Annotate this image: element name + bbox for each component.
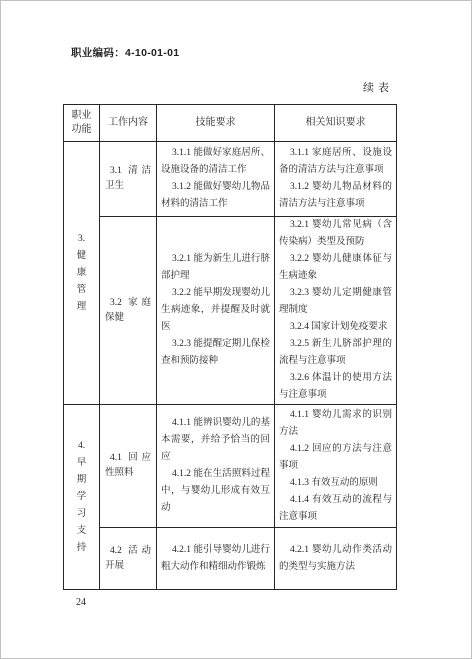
- table-row: 4. 早期学习支持 4.1 回应性照料 4.1.1 能辨识婴幼儿的基本需要，并给…: [64, 405, 397, 528]
- header-function: 职业功能: [64, 105, 100, 142]
- knowledge-item: 3.2.5 新生儿脐部护理的流程与注意事项: [275, 336, 396, 370]
- work-cell: 4.2 活动开展: [100, 528, 157, 590]
- knowledge-item: 3.1.2 婴幼儿物品材料的清洁方法与注意事项: [275, 179, 396, 213]
- work-cell: 3.2 家庭保健: [100, 217, 157, 405]
- work-cell: 4.1 回应性照料: [100, 405, 157, 528]
- function-cell-health-management: 3. 健康管理: [64, 142, 100, 405]
- skill-item: 4.1.1 能辨识婴幼儿的基本需要，并给予恰当的回应: [157, 415, 274, 466]
- knowledge-item: 4.1.4 有效互动的流程与注意事项: [275, 492, 396, 526]
- work-label: 4.2 活动开展: [100, 544, 156, 574]
- knowledge-item: 3.2.6 体温计的使用方法与注意事项: [275, 370, 396, 404]
- standards-table: 职业功能 工作内容 技能要求 相关知识要求 3. 健康管理 3.1 清洁卫生 3…: [63, 104, 397, 590]
- function-label: 3. 健康管理: [75, 231, 88, 316]
- knowledge-item: 3.2.1 婴幼儿常见病（含传染病）类型及预防: [275, 217, 396, 251]
- skill-item: 3.2.2 能早期发现婴幼儿生病迹象，并提醒及时就医: [157, 285, 274, 336]
- table-row: 4.2 活动开展 4.2.1 能引导婴幼儿进行粗大动作和精细动作锻炼 4.2.1…: [64, 528, 397, 590]
- skill-item: 3.2.1 能为新生儿进行脐部护理: [157, 251, 274, 285]
- skill-item: 3.1.1 能做好家庭居所、设施设备的清洁工作: [157, 145, 274, 179]
- function-cell-early-learning-support: 4. 早期学习支持: [64, 405, 100, 590]
- knowledge-cell: 4.1.1 婴幼儿需求的识别方法 4.1.2 回应的方法与注意事项 4.1.3 …: [275, 405, 397, 528]
- work-label: 3.1 清洁卫生: [100, 164, 156, 194]
- skill-cell: 3.1.1 能做好家庭居所、设施设备的清洁工作 3.1.2 能做好婴幼儿物品材料…: [157, 142, 275, 217]
- function-label: 4. 早期学习支持: [75, 438, 88, 557]
- work-label: 4.1 回应性照料: [100, 451, 156, 481]
- occupation-code: 职业编码：4-10-01-01: [71, 45, 179, 60]
- table-row: 3.2 家庭保健 3.2.1 能为新生儿进行脐部护理 3.2.2 能早期发现婴幼…: [64, 217, 397, 405]
- knowledge-item: 3.2.3 婴幼儿定期健康管理制度: [275, 285, 396, 319]
- knowledge-item: 4.1.3 有效互动的原则: [275, 475, 396, 492]
- skill-cell: 3.2.1 能为新生儿进行脐部护理 3.2.2 能早期发现婴幼儿生病迹象，并提醒…: [157, 217, 275, 405]
- knowledge-item: 4.1.2 回应的方法与注意事项: [275, 441, 396, 475]
- page: 职业编码：4-10-01-01 续表 职业功能 工作内容 技能要求 相关知识要求…: [0, 0, 472, 659]
- continued-table-label: 续表: [63, 79, 393, 95]
- header-knowledge: 相关知识要求: [275, 105, 397, 142]
- knowledge-item: 4.2.1 婴幼儿动作类活动的类型与实施方法: [275, 542, 396, 576]
- knowledge-item: 3.1.1 家庭居所、设施设备的清洁方法与注意事项: [275, 145, 396, 179]
- skill-item: 3.1.2 能做好婴幼儿物品材料的清洁工作: [157, 179, 274, 213]
- header-work: 工作内容: [100, 105, 157, 142]
- header-skill: 技能要求: [157, 105, 275, 142]
- work-cell: 3.1 清洁卫生: [100, 142, 157, 217]
- skill-cell: 4.2.1 能引导婴幼儿进行粗大动作和精细动作锻炼: [157, 528, 275, 590]
- knowledge-cell: 4.2.1 婴幼儿动作类活动的类型与实施方法: [275, 528, 397, 590]
- skill-item: 4.1.2 能在生活照料过程中，与婴幼儿形成有效互动: [157, 466, 274, 517]
- knowledge-cell: 3.2.1 婴幼儿常见病（含传染病）类型及预防 3.2.2 婴幼儿健康体征与生病…: [275, 217, 397, 405]
- skill-cell: 4.1.1 能辨识婴幼儿的基本需要，并给予恰当的回应 4.1.2 能在生活照料过…: [157, 405, 275, 528]
- knowledge-item: 4.1.1 婴幼儿需求的识别方法: [275, 407, 396, 441]
- work-label: 3.2 家庭保健: [100, 296, 156, 326]
- page-number: 24: [76, 597, 86, 608]
- table-header-row: 职业功能 工作内容 技能要求 相关知识要求: [64, 105, 397, 142]
- knowledge-item: 3.2.2 婴幼儿健康体征与生病迹象: [275, 251, 396, 285]
- table-row: 3. 健康管理 3.1 清洁卫生 3.1.1 能做好家庭居所、设施设备的清洁工作…: [64, 142, 397, 217]
- knowledge-cell: 3.1.1 家庭居所、设施设备的清洁方法与注意事项 3.1.2 婴幼儿物品材料的…: [275, 142, 397, 217]
- skill-item: 4.2.1 能引导婴幼儿进行粗大动作和精细动作锻炼: [157, 542, 274, 576]
- knowledge-item: 3.2.4 国家计划免疫要求: [275, 319, 396, 336]
- skill-item: 3.2.3 能提醒定期儿保检查和预防接种: [157, 336, 274, 370]
